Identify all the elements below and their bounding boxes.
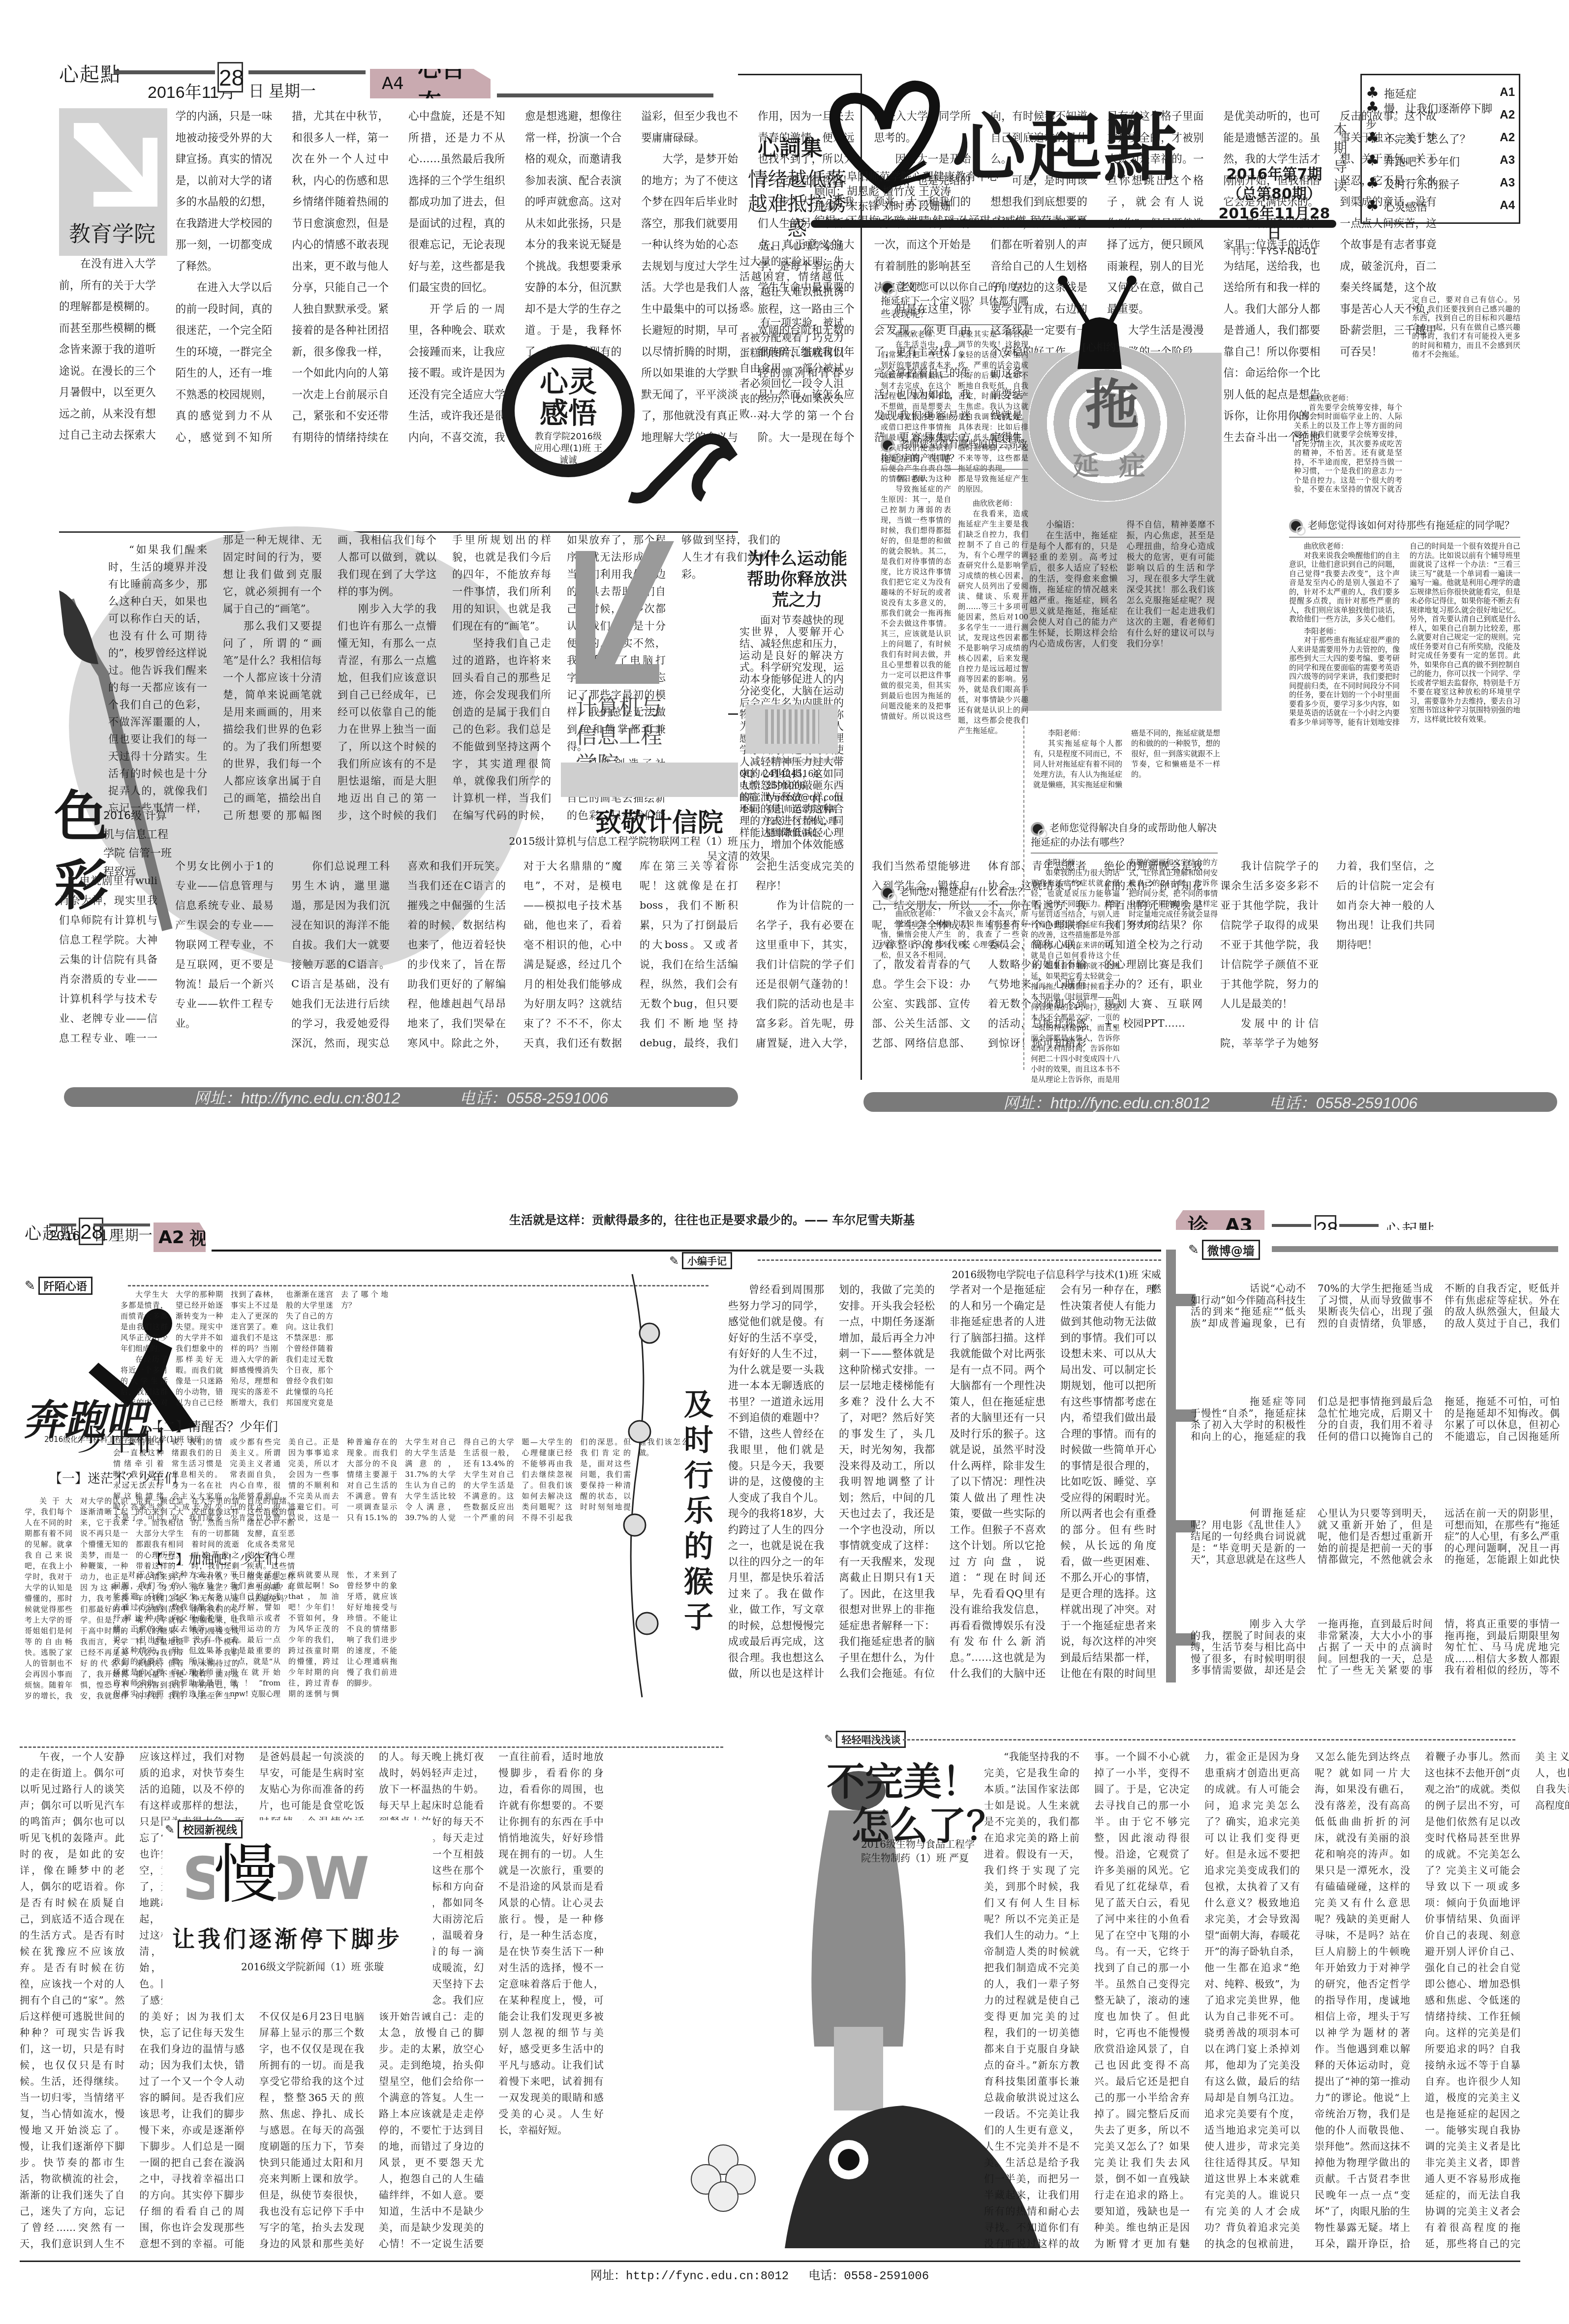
answer-text: 如果我的压力很大的话那我拖延症的症状就会很轻，也就是说压力能够逼你，给你不同的压… [1031,857,1218,1094]
snail-antenna-icon [1058,275,1141,374]
a4-rule-1 [114,70,215,74]
toc-page: A2 [1500,131,1515,145]
bottom-footer: 网址：http://fync.edu.cn:8012 电话：0558-25910… [590,2265,929,2283]
a2-weekday: 日 星期一 [93,1225,153,1245]
issue-total: （总第80期） [1215,184,1333,204]
qa-block-2: 老师您觉得有哪些原因会导致拖延症的产生呢？ 李阳老师： 导致拖延症的产生原因：其… [881,438,1028,736]
toc-item[interactable]: ♣及时行乐的猴子A3 [1366,172,1515,194]
contact-qq: QQ：2414245164 [739,768,844,780]
footer-phone: 电话：0558-2591006 [1269,1091,1417,1113]
snail-icon [1031,822,1045,836]
credit-label: 顾问： [814,185,847,198]
pen-icon: ✎ [25,1279,35,1293]
a2-quote: 生活就是这样：贡献得最多的，往往也正是要求最少的。—— 车尔尼雪夫斯基 [509,1210,915,1227]
monkey-title: 及时行乐的猴子 [684,1387,718,1635]
feature-big-char: 拖 [1085,362,1139,439]
question-text: 老师您可以以你自己的角度对拖延症下一个定义吗？具体都有哪些表现呢？ [881,281,1028,320]
feature-sub-chars: 延症 [1073,445,1165,483]
club-icon: ♣ [1366,129,1379,147]
a3-rule-1 [1272,1224,1311,1227]
tag-dash-rule [128,1285,708,1286]
table-of-contents: ♣拖延症A1 ♣慢，让我们逐渐停下脚步A2 ♣不完美！怎么了？A2 ♣奔跑吧！少… [1360,74,1520,224]
answer-teacher: 曲欣欣老师： [1289,542,1400,551]
answer-teacher: 曲欣欣老师： [881,909,951,919]
sport-title: 为什么运动能帮助你释放洪荒之力 [743,549,851,611]
qr-caption: 阜阳师范学院心理委员联合会 [765,757,842,765]
editor-note-panel: 小编语： 在生活中，拖延症是每个人都有的，只是轻重的差别。高考过后，很多人适应了… [1022,512,1222,711]
tag-label: 微博@墙 [1202,1240,1260,1260]
a2-section-code: A2 [158,1227,185,1248]
spread-rule [212,1250,1161,1252]
weibo-post: 刚步入大学的我，摆脱了时间表的束缚，生活节奏与相比高中慢了很多，有时候明明很多事… [1191,1619,1560,1682]
qa-answers: 曲欣欣老师： 对我来说我会唤醒他们的自主意识，让他们意识到自己的问题，自己觉得“… [1289,542,1520,727]
answer-text: 对我来说我会唤醒他们的自主意识，让他们意识到自己的问题，自己觉得“我要去改变”，… [1289,551,1400,624]
qa-question: 老师您对拖延症有什么看法？ [881,886,1028,900]
toc-page: A3 [1500,153,1515,167]
toc-page: A2 [1500,108,1515,122]
weibo-post: 拖延症等同于慢性“自杀”，拖延症抹杀了初入大学时的积极性和向上的心，拖延症的我们… [1191,1396,1560,1450]
address-value: 阜阳师范学院西湖校区一区九栋心理健康教育中心 [766,804,844,839]
answer-teacher: 李阳老师： [1031,857,1120,868]
answer-teacher: 曲欣欣老师： [958,498,1028,509]
question-rule [881,904,1028,905]
footer-website[interactable]: 网址：http://fync.edu.cn:8012 [194,1086,400,1108]
toc-page: A1 [1500,86,1515,99]
tag-label: 阡陌心语 [38,1277,92,1295]
contact-block: QQ：2414245164 电话：2591006 邮箱：fyncxxd@qq.c… [739,768,844,839]
footer-website[interactable]: 网址：http://fync.edu.cn:8012 [1003,1091,1210,1113]
arrow-down-left-icon [576,541,674,684]
question-text: 老师您对拖延症有什么看法？ [899,886,1027,898]
credit-value: 胡恩彪 檀竹茂 王茂涛 [847,185,951,198]
toc-heading: 本期导读 [1333,121,1348,195]
qr-code-box [745,704,838,754]
editor-note-text: 在生活中，拖延症是每个人都有的，只是轻重的差别。高考过后，很多人适应了轻松的生活… [1029,520,1215,649]
weibo-header-bar [1272,1246,1558,1252]
tag-campus: ✎校园新视线 [165,1820,243,1838]
qa-dashed-divider [1023,716,1024,1070]
a4-rule-2 [248,70,366,74]
imperfect-body: “我能坚持我的不完美，它是我生命的本质。”法国作家法郎士如是说。人生来就是不完美… [984,1749,1520,2261]
a4-weekday: 日 星期一 [248,79,316,101]
credit-label: 主办： [814,171,847,183]
slow-title-panel: ✎校园新视线 SLOW 慢 让我们逐渐停下脚步 2016级文学院新闻（1）班 张… [162,1820,433,2012]
a4-article-spacer [59,106,156,253]
qa-question: 老师您可以以你自己的角度对拖延症下一个定义吗？具体都有哪些表现呢？ [881,280,1028,320]
toc-title: 心灵感悟 [1384,201,1427,214]
qa-right-column-1: 曲欣欣老师： 首先要学会统筹安排，每个人都会同时面临学业上的、人际关系上的以及工… [1294,295,1520,502]
monkey-body: 曾经看到周围那些努力学习的同学，感觉他们就是傻。有好好的生活不享受，有好好的人生… [728,1282,1156,1690]
qa-question: 老师您觉得该如何对待那些有拖延症的同学呢？ [1289,519,1520,533]
badge-title: 心灵感悟 [534,366,603,429]
pen-icon: ✎ [165,1823,175,1836]
a4-article: 在没有进入大学前，所有的关于大学的理解都是模糊的。而甚至那些模糊的概念皆来源于我… [59,106,738,460]
a1-footer-bar: 网址：http://fync.edu.cn:8012 电话：0558-25910… [863,1092,1557,1112]
tag-label: 小编手记 [682,1252,732,1269]
qq-value[interactable]: 2414245164 [763,769,820,779]
a4-day: 28 [217,62,243,92]
credit-row: 主办：阜阳师范学院心理健康教育中心 [814,170,1109,184]
slow-subtitle: 让我们逐渐停下脚步 [172,1921,402,1954]
phone-label: 电话： [739,781,766,791]
qa-answers: 李阳老师： 如果我的压力很大的话那我拖延症的症状就会很轻，也就是说压力能够逼你，… [1031,857,1218,1094]
club-icon: ♣ [1366,99,1379,116]
run-section-body-3: 对于这些问题，我们不能逃避，只能去通过方法去纾解这种情绪。正常的来说，一旦出现了… [113,1569,280,1702]
run-section-body-1: 关于大学，我们每个人在不同的时期都有着不同的见解。就拿我自己来说吧，在我上小学时… [25,1496,128,1702]
qa-block-3: 老师您对拖延症有什么看法？ 曲欣欣老师： 拖延症是一种懒惰，懒惰会使人产生内疚，… [881,886,1028,960]
qr-code-icon [765,709,819,744]
toc-item[interactable]: ♣心灵感悟A4 [1366,194,1515,217]
weibo-post: 何谓拖延症呢？用电影《乱世佳人》结尾的一句经典台词说就是：“毕竟明天是新的一天”… [1191,1508,1560,1572]
run-section-heading-3: 【三】加油吧！少年们 [150,1550,278,1568]
pen-icon: ✎ [669,1254,679,1268]
weibo-wall: ✎微博@墙 话说“心动不如行动”如今伴随高科技生活的到来“拖延症”“低头族”却成… [1166,1230,1569,1682]
jixin-paragraph: 电视剧里有wuli肖奈大神，现实里我们阜师院有计算机与信息工程学院。大神云集的计… [59,856,274,1058]
qa-block-5: 老师您觉得该如何对待那些有拖延症的同学呢？ 曲欣欣老师： 对我来说我会唤醒他们的… [1289,519,1520,727]
issue-info: 2016年第7期 （总第80期） 2016年11月28日 刊号：FYSY-NB-… [1215,165,1333,258]
question-text: 老师您觉得有哪些原因会导致拖延症的产生呢？ [881,438,1027,464]
imperfect-byline: 2016级生物与食品工程学院生物制药（1）班 严夏 [861,1837,979,1865]
heart-words-body: 近日，心理学家通过大量的实验证明：生活越困窘，情绪越低落，越让人难以抵抗诱惑。 … [739,239,844,422]
toc-item[interactable]: ♣奔跑吧！少年们A3 [1366,149,1515,172]
tag-label: 校园新视线 [178,1820,243,1838]
credit-row: 主编：宋东锋 刘时勇 段姗姗 [814,199,1109,214]
toc-page: A3 [1500,176,1515,190]
weibo-post: 话说“心动不如行动”如今伴随高科技生活的到来“拖延症”“低头族”却成普遍现象，已… [1191,1283,1560,1337]
a2-section-tab: A2 心视野 [154,1223,206,1252]
contact-phone: 电话：2591006 [739,780,844,792]
credit-value: 宋东锋 刘时勇 段姗姗 [847,200,951,213]
a4-footer-bar: 网址：http://fync.edu.cn:8012 电话：0558-25910… [64,1087,738,1107]
a2-rule-1 [49,1223,76,1226]
question-rule [1031,853,1218,854]
pen-icon: ✎ [1188,1243,1199,1257]
badge-byline: 教育学院2016级 应用心理(1)班 王诚诚 [531,431,605,466]
a2-section-name: 心视野 [189,1200,207,1275]
issue-serial: 刊号：FYSY-NB-01 [1215,244,1333,258]
contact-address: 地址：阜阳师范学院西湖校区一区九栋心理健康教育中心 [739,804,844,839]
qa-answers: 李阳老师： 导致拖延症的产生原因：其一，是自己控制力薄弱的表现，当做一些事情的时… [881,474,1028,736]
phone-value: 2591006 [766,781,805,791]
run-intro-paragraph: 大学生大多都是愤青，而愤青大多都是由我们这群风华正茂的少年们组成的。 [121,1289,168,1354]
jixin-arrow-panel: 计算机与信息工程学院 [561,541,738,758]
question-rule [1289,537,1520,538]
heart-insight-badge: 心灵感悟 教育学院2016级 应用心理(1)班 王诚诚 [502,344,635,477]
masthead-thick-rule [811,220,1336,228]
qq-label: QQ： [739,769,763,779]
toc-title: 不完美！怎么了？ [1384,133,1471,146]
a4-section-tab: A4 心百态 [370,69,491,98]
address-label: 地址： [739,804,766,839]
answer-teacher: 李阳老师： [881,474,951,484]
answer-teacher: 曲欣欣老师： [1294,394,1402,403]
monkey-vine-icon [622,1269,691,1702]
toc-title: 及时行乐的猴子 [1384,179,1460,191]
snail-icon [881,281,894,295]
a4-section-code: A4 [382,74,404,93]
qa-question: 老师您觉得解决自身的或帮助他人解决拖延症的办法有哪些？ [1031,822,1218,849]
qa-answers: 曲欣欣老师： 拖延症是一种懒惰，懒惰会使人产生内疚，让人觉得轻松，但又各不相同，… [881,909,1028,960]
jixin-article: 电视剧里有wuli肖奈大神，现实里我们阜师院有计算机与信息工程学院。大神云集的计… [59,856,738,1058]
answer-teacher: 曲欣欣老师： [881,329,951,339]
qa-li-answer: 李阳老师： 其实拖延症每个人都有，只是程度不同而已，不同人针对拖延症有着不同的处… [1033,728,1220,790]
a4-rule-3 [497,93,713,97]
brush-stroke-icon [625,428,738,507]
bottom-phone: 电话：0558-2591006 [808,2265,929,2283]
footer-phone: 电话：0558-2591006 [460,1086,608,1108]
contact-email: 邮箱：fyncxxd@qq.com [739,792,844,804]
email-value[interactable]: fyncxxd@qq.com [766,793,842,803]
toc-title: 奔跑吧！少年们 [1384,156,1460,168]
colors-article: “如果我们醒来时，生活的境界并没有比睡前高多少，那么这种白天，如果也可以称作白天… [108,531,551,831]
email-label: 邮箱： [739,793,766,803]
question-rule [881,469,1028,470]
toc-title: 拖延症 [1384,88,1416,100]
bottom-website[interactable]: 网址：http://fync.edu.cn:8012 [590,2265,789,2283]
answer-teacher: 李阳老师： [1033,728,1122,738]
a3-rule-2 [1339,1224,1379,1227]
qa-block-4: 老师您觉得解决自身的或帮助他人解决拖延症的办法有哪些？ 李阳老师： 如果我的压力… [1031,822,1523,1094]
run-section-body-2: 我们是否会一直被这种情绪牵引着呢？我们是否永远无法去纾解这种情绪呢？答案当然不是… [113,1437,280,1530]
qa-question: 老师您觉得有哪些原因会导致拖延症的产生呢？ [881,438,1028,465]
question-rule [881,324,1028,325]
answer-teacher: 李阳老师： [1289,627,1400,636]
jixin-title: 致敬计信院 [595,802,723,839]
feature-tag-label: 心相约 [1086,341,1116,353]
answer-text: 在我看来，造成拖延症产生主要是我们缺乏自控力，我们控制不了自己的行为，有个心理学… [958,509,1028,736]
tag-weibo: ✎微博@墙 [1188,1240,1260,1260]
tag-editor-notes: ✎小编手记 [669,1252,732,1269]
credit-row: 顾问：胡恩彪 檀竹茂 王茂涛 [814,184,1109,199]
run-intro: 大学生大多都是愤青，而愤青大多都是由我们这群风华正茂的少年们组成的。 在经历了将… [121,1289,278,1412]
jixin-gray-band [561,763,738,797]
club-icon: ♣ [1366,152,1379,169]
heart-words-paragraph: 近日，心理学家通过大量的实验证明：生活越困窘，情绪越低落，越让人难以抵抗诱惑。 [739,239,844,315]
snail-icon [881,438,894,452]
canvas: 心起點 2016年11月 28 日 星期一 A4 心百态 教育学院 在没有进入大… [0,0,1569,2324]
feature-tag: [心相约] [1082,339,1120,354]
a2-rule-2 [93,1223,150,1226]
club-icon: ♣ [1366,175,1379,192]
jixin-rule [728,713,738,715]
spacer [59,856,157,871]
bottom-rule [20,2261,1520,2262]
toc-title: 慢，让我们逐渐停下脚步 [1366,103,1492,131]
toc-item[interactable]: ♣慢，让我们逐渐停下脚步A2 [1366,104,1515,126]
a4-brand: 心起點 [59,59,121,87]
run-section-heading-2: 【二】清醒否？少年们 [150,1417,278,1435]
credit-label: 主编： [814,200,847,213]
snail-icon [881,886,894,900]
heart-words-paragraph: 有一项实验，被试者被分配观看了巧克力蛋糕的图片，蛋糕可以自由食用。一部分被试者必… [739,315,844,422]
slow-title-cn: 慢 [214,1840,278,1909]
spacer [108,531,207,541]
snail-icon [1289,519,1303,533]
toc-page: A4 [1500,199,1515,213]
weibo-vertical-bar [1166,1250,1176,1682]
slow-dash-divider [20,1746,723,1748]
club-icon: ♣ [1366,197,1379,214]
editor-note-label: 小编语： [1029,520,1118,530]
clover-icon [689,2140,758,2219]
credit-value: 阜阳师范学院心理健康教育中心 [847,171,998,183]
slow-byline: 2016级文学院新闻（1）班 张璇 [241,1959,384,1973]
issue-number: 2016年第7期 [1215,165,1333,184]
question-text: 老师您觉得解决自身的或帮助他人解决拖延症的办法有哪些？ [1031,822,1217,848]
question-text: 老师您觉得该如何对待那些有拖延症的同学呢？ [1308,520,1514,531]
tag-moxin: ✎阡陌心语 [25,1277,92,1295]
tag-dash-rule-2 [758,1259,1161,1261]
